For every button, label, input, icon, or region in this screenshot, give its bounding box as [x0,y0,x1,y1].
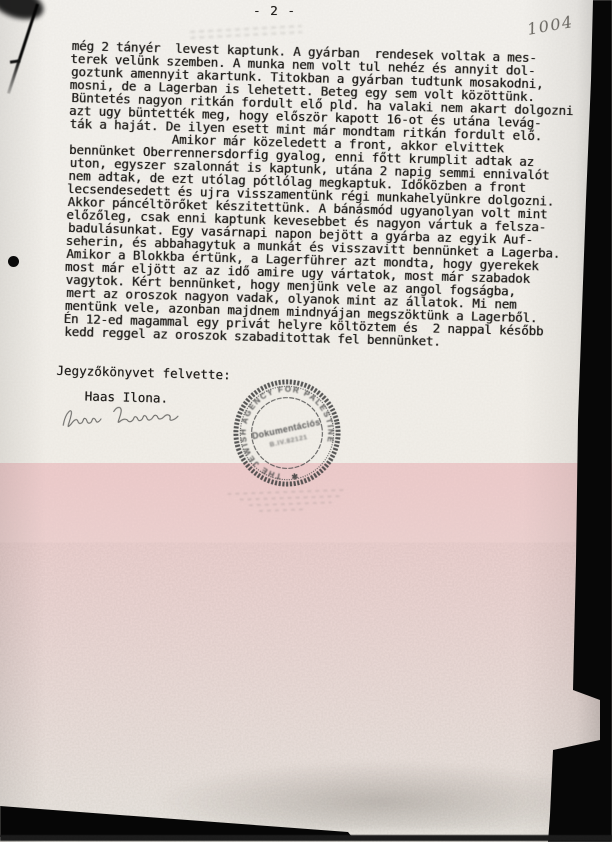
bleed-through-smudge [227,485,347,537]
scanned-document-page: - 2 - 1004 még 2 tányér levest kaptunk. … [0,0,612,842]
faint-pencil-smudge [190,21,302,37]
typed-paragraphs: még 2 tányér levest kaptunk. A gyárban r… [64,39,592,352]
scan-gutter-shading [0,0,46,842]
scan-mottling [150,760,570,830]
stamp-star-icon: ✱ [289,471,299,482]
signature-handwriting [57,399,198,438]
page-number-header: - 2 - [253,3,296,18]
protocol-taken-by-label: Jegyzőkönyvet felvette: [56,363,231,383]
punch-hole-dot [8,256,19,267]
agency-stamp: THE JEWISH AGENCY FOR PALESTINE ✱ Dokume… [221,367,354,500]
scan-black-bottom-line [0,835,612,841]
